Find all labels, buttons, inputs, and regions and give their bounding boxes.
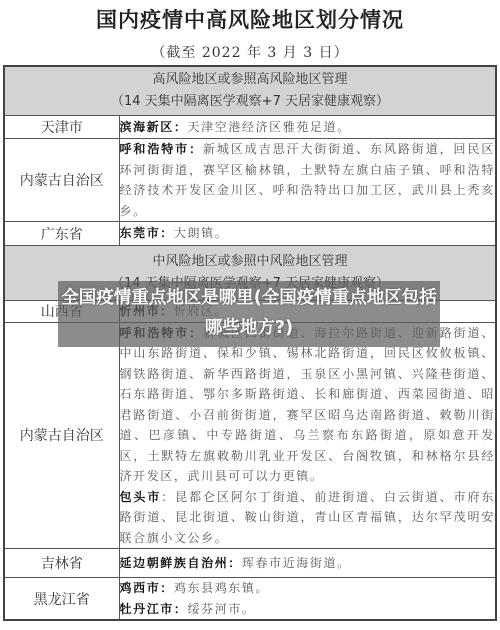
- area-list: 绥芬河市。: [188, 602, 256, 616]
- caption-overlay-text: 全国疫情重点地区是哪里(全国疫情重点地区包括哪些地方?): [58, 283, 440, 343]
- region-cell: 广东省: [4, 222, 119, 246]
- table-row: 广东省 东莞市：大朗镇。: [4, 222, 496, 246]
- area-list: 珲春市近海街道。: [242, 556, 351, 570]
- high-risk-header: 高风险地区或参照高风险地区管理 （14 天集中隔离医学观察+7 天居家健康观察）: [4, 66, 496, 116]
- section-note: （14 天集中隔离医学观察+7 天居家健康观察）: [5, 91, 495, 113]
- region-cell: 天津市: [4, 116, 119, 139]
- region-cell: 吉林省: [4, 549, 119, 578]
- table-row: 天津市 滨海新区：天津空港经济区雅苑足道。: [4, 116, 496, 139]
- city-label: 牡丹江市：: [120, 602, 188, 616]
- section-heading: 高风险地区或参照高风险地区管理: [5, 69, 495, 91]
- city-label: 滨海新区：: [120, 120, 188, 134]
- table-row: 内蒙古自治区 呼和浩特市：新城区成吉思汗大街街道、东风路街道，回民区环河街街道，…: [4, 139, 496, 222]
- table-row: 黑龙江省 鸡西市：鸡东县鸡东镇。 牡丹江市：绥芬河市。: [4, 578, 496, 621]
- section-heading: 中风险地区或参照中风险地区管理: [5, 251, 495, 273]
- city-label: 延边朝鲜族自治州：: [120, 556, 242, 570]
- area-list: 天津空港经济区雅苑足道。: [188, 120, 351, 134]
- area-list: ：昆都仑区阿尔丁街道、前进街道、白云街道、市府东路街道、昆北街道、鞍山街道，青山…: [120, 490, 496, 545]
- area-list: 鸡东县鸡东镇。: [174, 581, 269, 595]
- area-list: 大朗镇。: [174, 226, 228, 240]
- detail-cell: 鸡西市：鸡东县鸡东镇。 牡丹江市：绥芬河市。: [119, 578, 496, 621]
- document-date: （截至 2022 年 3 月 3 日）: [0, 42, 500, 62]
- region-cell: 黑龙江省: [4, 578, 119, 621]
- city-label: 东莞市：: [120, 226, 174, 240]
- detail-cell: 滨海新区：天津空港经济区雅苑足道。: [119, 116, 496, 139]
- area-list: 新城区西街街道、海拉尔路街道、迎新路街道、中山东路街道、保和少镇、锡林北路街道，…: [120, 326, 496, 484]
- document-title: 国内疫情中高风险地区划分情况: [0, 4, 500, 34]
- city-label: 呼和浩特市：: [120, 142, 204, 156]
- table-row: 内蒙古自治区 呼和浩特市：新城区西街街道、海拉尔路街道、迎新路街道、中山东路街道…: [4, 322, 496, 549]
- region-cell: 内蒙古自治区: [4, 139, 119, 222]
- table-row: 吉林省 延边朝鲜族自治州：珲春市近海街道。: [4, 549, 496, 578]
- detail-cell: 呼和浩特市：新城区成吉思汗大街街道、东风路街道，回民区环河街街道，赛罕区榆林镇，…: [119, 139, 496, 222]
- detail-cell: 延边朝鲜族自治州：珲春市近海街道。: [119, 549, 496, 578]
- detail-cell: 东莞市：大朗镇。: [119, 222, 496, 246]
- city-label: 包头市: [120, 490, 162, 504]
- detail-cell: 呼和浩特市：新城区西街街道、海拉尔路街道、迎新路街道、中山东路街道、保和少镇、锡…: [119, 322, 496, 549]
- region-cell: 内蒙古自治区: [4, 322, 119, 549]
- city-label: 鸡西市：: [120, 581, 174, 595]
